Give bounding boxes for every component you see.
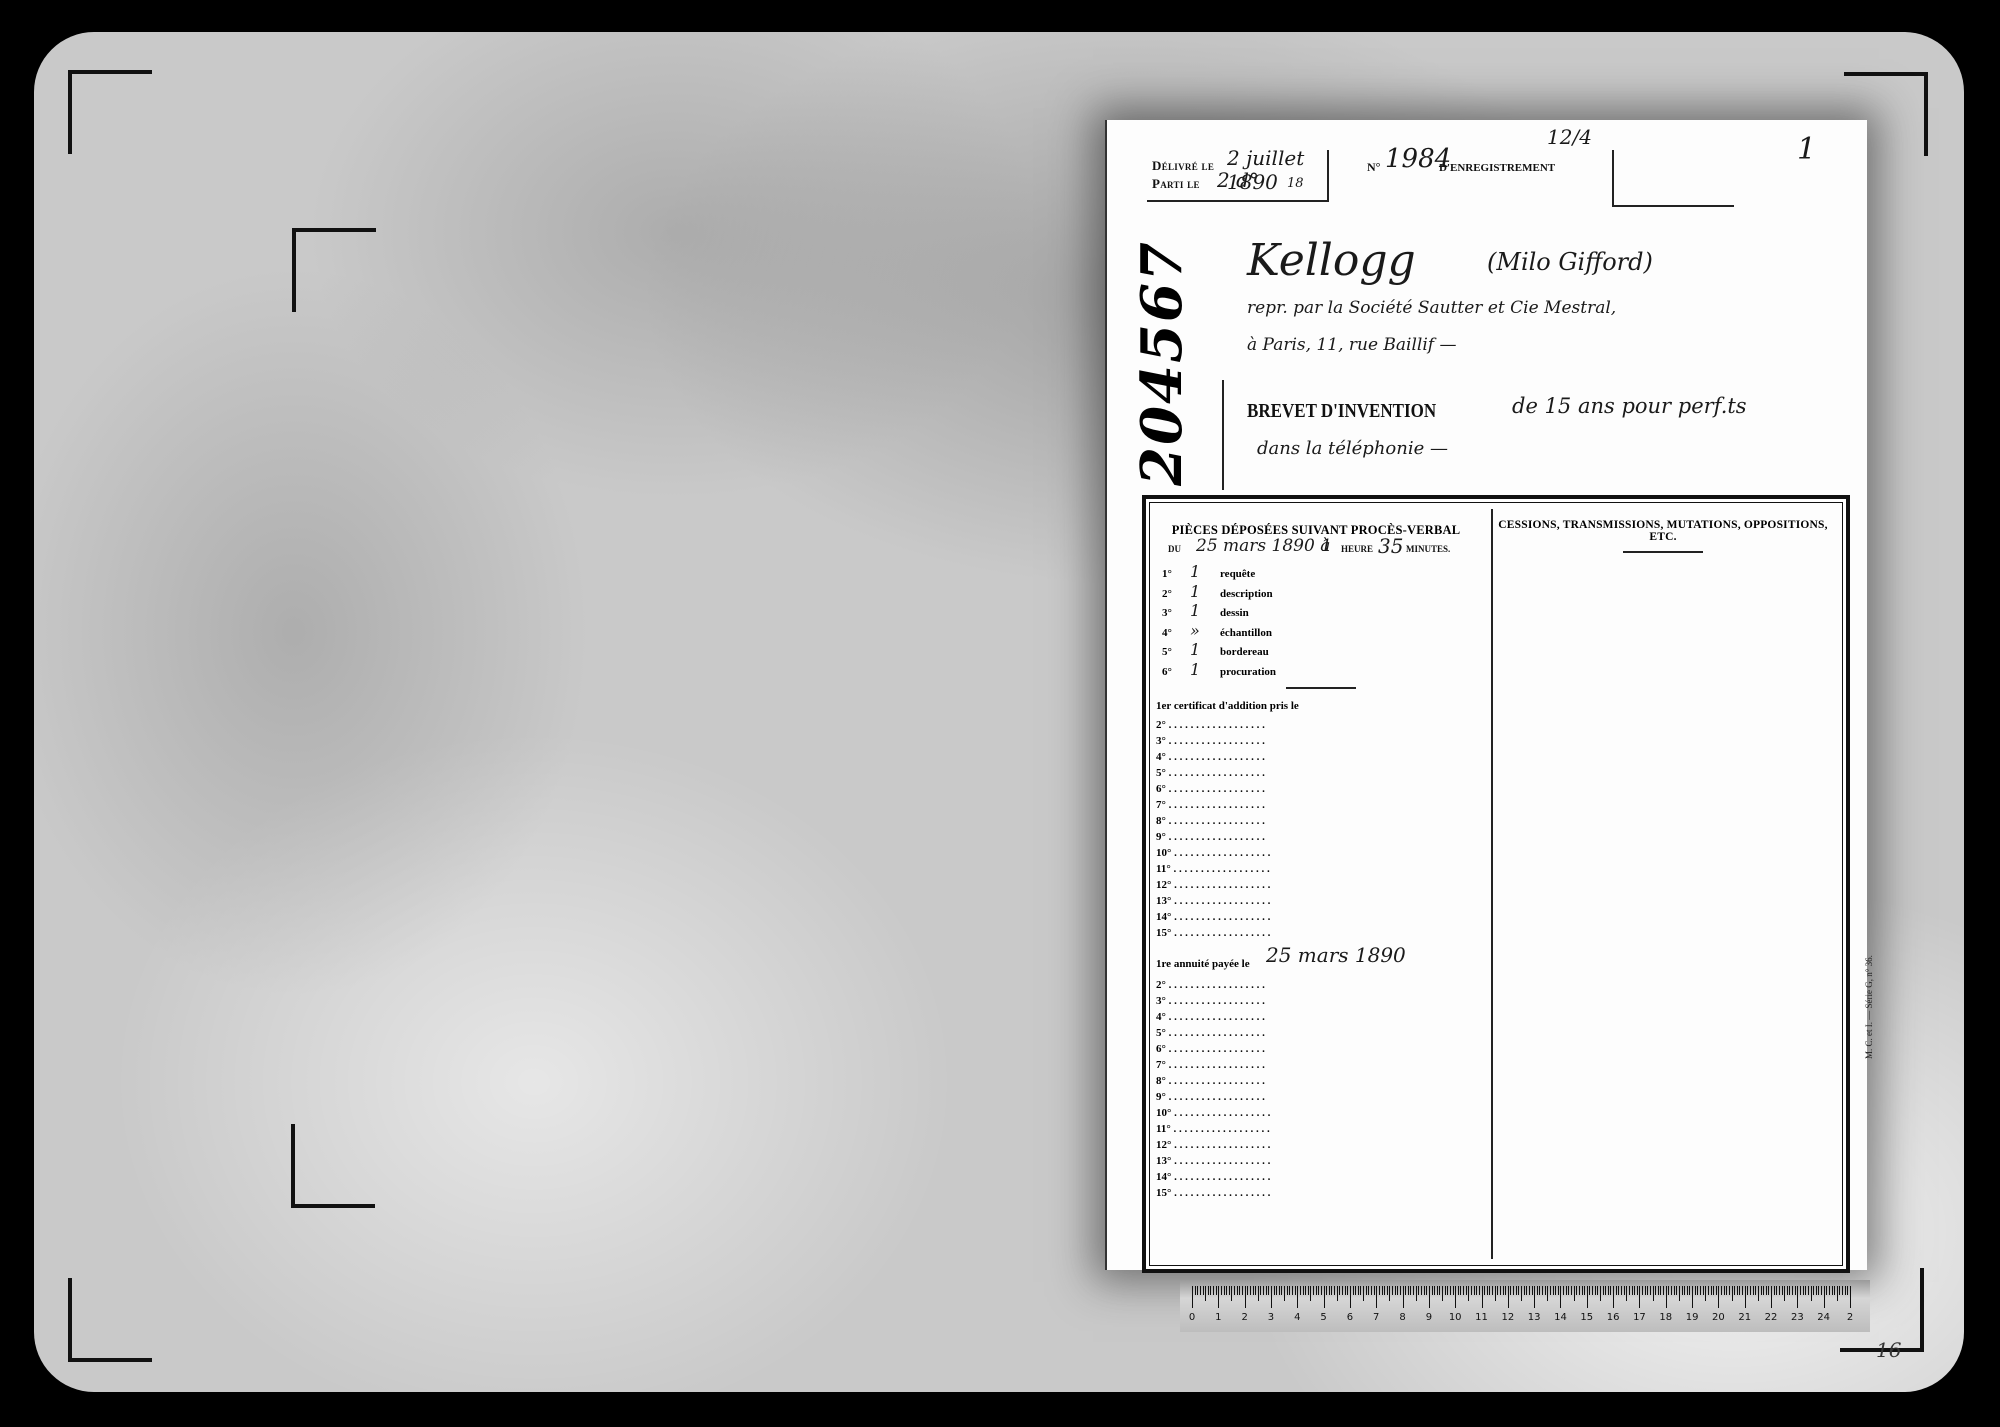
margin-note: 12/4: [1547, 125, 1592, 149]
ruler-label: 1: [1215, 1312, 1221, 1323]
dotted-row: 7° . . . . . . . . . . . . . . . . . .: [1156, 797, 1476, 813]
ruler-label: 22: [1765, 1312, 1778, 1323]
page-number: 16: [1876, 1338, 1901, 1362]
dotted-row: 5° . . . . . . . . . . . . . . . . . .: [1156, 765, 1476, 781]
section-divider: [1286, 687, 1356, 689]
ruler-label: 12: [1501, 1312, 1514, 1323]
piece-row: 3°1dessin: [1156, 601, 1476, 621]
dotted-row: 8° . . . . . . . . . . . . . . . . . .: [1156, 1073, 1476, 1089]
dotted-row: 12° . . . . . . . . . . . . . . . . . .: [1156, 1137, 1476, 1153]
dotted-row: 6° . . . . . . . . . . . . . . . . . .: [1156, 1041, 1476, 1057]
ruler-label: 13: [1528, 1312, 1541, 1323]
ruler-label: 15: [1580, 1312, 1593, 1323]
crop-mark-inner-top-left: [292, 228, 376, 312]
year-prefix: 18: [1287, 176, 1304, 191]
deposit-minutes: 35: [1378, 534, 1403, 558]
patent-number: 204567: [1129, 240, 1189, 480]
certificat-first-label: 1er certificat d'addition pris le: [1156, 697, 1476, 717]
ruler-label: 17: [1633, 1312, 1646, 1323]
patent-number-value: 204567: [1129, 240, 1195, 486]
annuites-list: 2° . . . . . . . . . . . . . . . . . . 3…: [1156, 977, 1476, 1201]
dotted-row: 7° . . . . . . . . . . . . . . . . . .: [1156, 1057, 1476, 1073]
certificats-list: 2° . . . . . . . . . . . . . . . . . . 3…: [1156, 717, 1476, 941]
corner-mark: 1: [1797, 132, 1816, 167]
crop-mark-inner-bottom-left: [291, 1124, 375, 1208]
minutes-label: MINUTES.: [1406, 544, 1450, 554]
delivery-box: Délivré le 2 juillet 1890 Parti le 2 d° …: [1147, 150, 1329, 202]
ruler-label: 0: [1189, 1312, 1195, 1323]
register-form: PIÈCES DÉPOSÉES SUIVANT PROCÈS-VERBAL DU…: [1142, 495, 1850, 1273]
dotted-row: 9° . . . . . . . . . . . . . . . . . .: [1156, 1089, 1476, 1105]
dotted-row: 11° . . . . . . . . . . . . . . . . . .: [1156, 1121, 1476, 1137]
ruler-label: 16: [1607, 1312, 1620, 1323]
cessions-divider: [1623, 551, 1703, 553]
applicant-given-names: (Milo Gifford): [1487, 248, 1653, 276]
registration-prefix: N°: [1367, 160, 1380, 175]
dotted-row: 14° . . . . . . . . . . . . . . . . . .: [1156, 909, 1476, 925]
patent-register-sheet: Délivré le 2 juillet 1890 Parti le 2 d° …: [1105, 120, 1867, 1270]
annuite-first-value: 25 mars 1890: [1266, 943, 1406, 967]
dotted-row: 4° . . . . . . . . . . . . . . . . . .: [1156, 1009, 1476, 1025]
dotted-row: 2° . . . . . . . . . . . . . . . . . .: [1156, 977, 1476, 993]
pieces-date-line: DU 25 mars 1890 à 1 HEURE 35 MINUTES.: [1156, 538, 1476, 562]
piece-row: 6°1procuration: [1156, 660, 1476, 680]
brevet-subject: dans la téléphonie —: [1257, 438, 1448, 459]
ruler-label: 3: [1268, 1312, 1274, 1323]
registration-box: [1612, 150, 1734, 207]
dotted-row: 11° . . . . . . . . . . . . . . . . . .: [1156, 861, 1476, 877]
dotted-row: 12° . . . . . . . . . . . . . . . . . .: [1156, 877, 1476, 893]
applicant-address: à Paris, 11, rue Baillif —: [1247, 335, 1457, 355]
ruler-label: 24: [1817, 1312, 1830, 1323]
form-right-column: CESSIONS, TRANSMISSIONS, MUTATIONS, OPPO…: [1491, 509, 1833, 1259]
dotted-row: 3° . . . . . . . . . . . . . . . . . .: [1156, 733, 1476, 749]
margin-rule: [1222, 380, 1224, 490]
dotted-row: 2° . . . . . . . . . . . . . . . . . .: [1156, 717, 1476, 733]
parti-value: 2 d°: [1217, 168, 1259, 192]
ruler-label: 4: [1294, 1312, 1300, 1323]
piece-row: 2°1description: [1156, 582, 1476, 602]
ruler-label: 2: [1847, 1312, 1853, 1323]
ruler-label: 11: [1475, 1312, 1488, 1323]
dotted-row: 6° . . . . . . . . . . . . . . . . . .: [1156, 781, 1476, 797]
brevet-label: BREVET D'INVENTION: [1247, 400, 1436, 423]
annuite-first-row: 1re annuité payée le 25 mars 1890: [1156, 941, 1476, 977]
dotted-row: 15° . . . . . . . . . . . . . . . . . .: [1156, 925, 1476, 941]
ruler-label: 14: [1554, 1312, 1567, 1323]
dotted-row: 13° . . . . . . . . . . . . . . . . . .: [1156, 1153, 1476, 1169]
crop-mark-bottom-left: [68, 1278, 152, 1362]
annuite-first-label: 1re annuité payée le: [1156, 955, 1250, 975]
ruler-label: 18: [1659, 1312, 1672, 1323]
ruler-label: 23: [1791, 1312, 1804, 1323]
dotted-row: 10° . . . . . . . . . . . . . . . . . .: [1156, 845, 1476, 861]
ruler-label: 9: [1426, 1312, 1432, 1323]
measurement-ruler: 0123456789101112131415161718192021222324…: [1180, 1280, 1870, 1332]
deposit-hour: 1: [1321, 536, 1332, 556]
dotted-row: 3° . . . . . . . . . . . . . . . . . .: [1156, 993, 1476, 1009]
dotted-row: 14° . . . . . . . . . . . . . . . . . .: [1156, 1169, 1476, 1185]
delivre-label: Délivré le: [1152, 158, 1214, 174]
ruler-label: 6: [1347, 1312, 1353, 1323]
piece-row: 5°1bordereau: [1156, 640, 1476, 660]
dotted-row: 5° . . . . . . . . . . . . . . . . . .: [1156, 1025, 1476, 1041]
dotted-row: 8° . . . . . . . . . . . . . . . . . .: [1156, 813, 1476, 829]
dotted-row: 4° . . . . . . . . . . . . . . . . . .: [1156, 749, 1476, 765]
ruler-label: 21: [1738, 1312, 1751, 1323]
dotted-row: 15° . . . . . . . . . . . . . . . . . .: [1156, 1185, 1476, 1201]
dotted-row: 13° . . . . . . . . . . . . . . . . . .: [1156, 893, 1476, 909]
form-left-column: PIÈCES DÉPOSÉES SUIVANT PROCÈS-VERBAL DU…: [1156, 509, 1476, 1259]
ruler-label: 8: [1399, 1312, 1405, 1323]
parti-label: Parti le: [1152, 176, 1200, 192]
ruler-label: 5: [1320, 1312, 1326, 1323]
applicant-representative: repr. par la Société Sautter et Cie Mest…: [1247, 298, 1616, 318]
ruler-label: 20: [1712, 1312, 1725, 1323]
ruler-label: 7: [1373, 1312, 1379, 1323]
pieces-list: 1°1requête2°1description3°1dessin4°»écha…: [1156, 562, 1476, 679]
brevet-duration: de 15 ans pour perf.ts: [1512, 394, 1747, 418]
ruler-ticks: 0123456789101112131415161718192021222324…: [1192, 1286, 1850, 1314]
registration-label: D'ENREGISTREMENT: [1439, 162, 1555, 174]
dotted-row: 10° . . . . . . . . . . . . . . . . . .: [1156, 1105, 1476, 1121]
heure-label: HEURE: [1341, 544, 1373, 554]
form-side-caption: M. C. et I. — Série G, n° 36.: [1864, 955, 1874, 1059]
ruler-label: 19: [1686, 1312, 1699, 1323]
applicant-surname: Kellogg: [1247, 235, 1416, 286]
crop-mark-top-left: [68, 70, 152, 154]
piece-row: 4°»échantillon: [1156, 621, 1476, 641]
dotted-row: 9° . . . . . . . . . . . . . . . . . .: [1156, 829, 1476, 845]
ruler-label: 2: [1241, 1312, 1247, 1323]
du-label: DU: [1168, 544, 1181, 554]
piece-row: 1°1requête: [1156, 562, 1476, 582]
deposit-date: 25 mars 1890 à: [1196, 536, 1330, 556]
cessions-title: CESSIONS, TRANSMISSIONS, MUTATIONS, OPPO…: [1493, 519, 1833, 543]
ruler-label: 10: [1449, 1312, 1462, 1323]
